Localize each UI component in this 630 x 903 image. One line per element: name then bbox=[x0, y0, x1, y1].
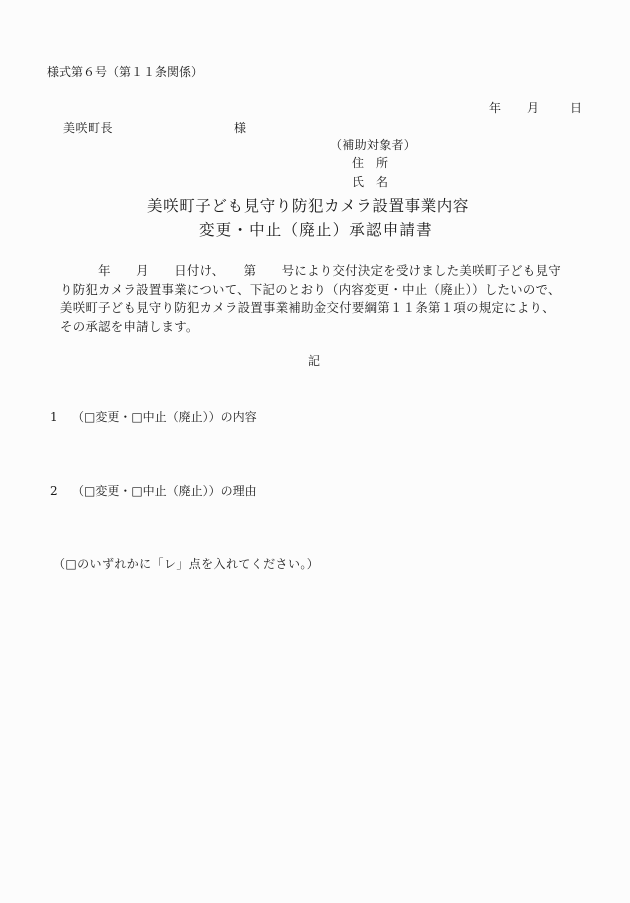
paragraph-line: 年 月 日付け、 第 号により交付決定を受けました美咲町子ども見守 bbox=[60, 262, 590, 281]
checkbox-instruction: （□のいずれかに「レ」点を入れてください。） bbox=[53, 558, 319, 570]
document-title-line1: 美咲町子ども見守り防犯カメラ設置事業内容 bbox=[147, 199, 469, 215]
applicant-name-label: 氏 名 bbox=[352, 176, 388, 188]
form-number: 様式第６号（第１１条関係） bbox=[47, 66, 203, 78]
item-1-text: （□変更・□中止（廃止））の内容 bbox=[72, 411, 257, 423]
date-month-label: 月 bbox=[527, 102, 539, 114]
paragraph-line: り防犯カメラ設置事業について、下記のとおり（内容変更・中止（廃止））したいので、 bbox=[60, 281, 590, 300]
document-page: { "header": { "form_number": "様式第６号（第１１条… bbox=[0, 0, 630, 903]
applicant-address-label: 住 所 bbox=[352, 157, 388, 169]
date-year-label: 年 bbox=[489, 102, 501, 114]
addressee-honorific: 様 bbox=[234, 122, 246, 134]
item-2-number: 2 bbox=[50, 485, 58, 497]
request-paragraph: 年 月 日付け、 第 号により交付決定を受けました美咲町子ども見守 り防犯カメラ… bbox=[60, 262, 590, 336]
item-1-number: 1 bbox=[50, 411, 58, 423]
document-title-line2: 変更・中止（廃止）承認申請書 bbox=[199, 223, 433, 239]
date-day-label: 日 bbox=[570, 102, 582, 114]
item-2-text: （□変更・□中止（廃止））の理由 bbox=[72, 485, 257, 497]
addressee-name: 美咲町長 bbox=[63, 122, 113, 134]
note-heading: 記 bbox=[308, 355, 320, 367]
applicant-label: （補助対象者） bbox=[330, 139, 416, 151]
paragraph-line: 美咲町子ども見守り防犯カメラ設置事業補助金交付要綱第１１条第１項の規定により、 bbox=[60, 299, 590, 318]
paragraph-line: その承認を申請します。 bbox=[60, 318, 590, 337]
